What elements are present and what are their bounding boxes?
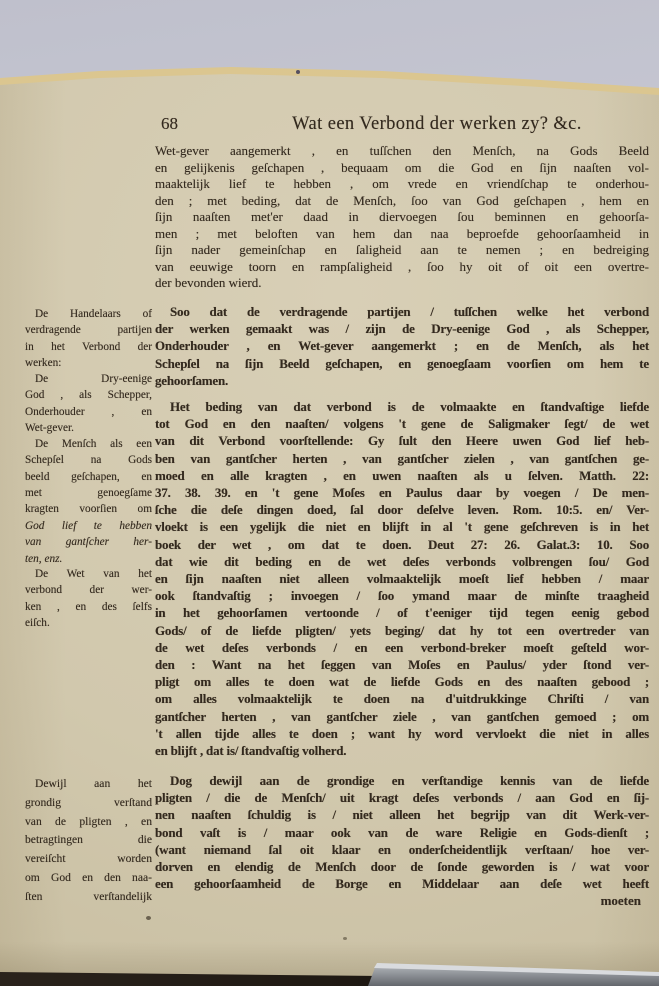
page-header: 68 Wat een Verbond der werken zy? &c.	[155, 114, 649, 135]
text-line: Wet-gever aangemerkt , en tuſſchen den M…	[155, 143, 649, 160]
text-line: men ; met beloften van hem dan naa bepro…	[155, 226, 649, 243]
text-line: ſten verſtandelijk	[25, 888, 152, 907]
text-line: den : Want na het ſeggen van Moſes en Pa…	[155, 656, 649, 673]
text-line: beeld geſchapen, en	[25, 469, 152, 485]
margin-note-man-as-creature-quote: God lief te hebbenvan gantſcher her-ten,…	[25, 518, 152, 567]
text-line: der bevonden wierd.	[155, 275, 649, 292]
text-line: verdragende partijen	[25, 322, 152, 338]
text-line: vloekt is een ygelijk die niet en blijft…	[155, 518, 649, 535]
text-line: grondig verſtand	[25, 794, 152, 813]
text-line: 37. 38. 39. en 't gene Moſes en Paulus d…	[155, 484, 649, 501]
margin-note-parties: De Handelaars ofverdragende partijenin h…	[25, 306, 152, 371]
text-line: van gantſcher her-	[25, 534, 152, 550]
text-line: den ; met beding, dat de Menſch, ſoo van…	[155, 193, 649, 210]
dust-speck	[343, 937, 347, 940]
text-line: en gelijkenis geſchapen , bequaam om die…	[155, 160, 649, 177]
text-line: verbond der wer-	[25, 582, 152, 598]
margin-note-man-as-creature: De Menſch als eenSchepſel na Godsbeeld g…	[25, 436, 152, 517]
text-line: pligten / die de Menſch/ uit kragt deſes…	[155, 789, 649, 806]
text-line: van de pligten , en	[25, 813, 152, 832]
text-line: bond vaſt is / maar ook van de ware Reli…	[155, 824, 649, 841]
text-line: God lief te hebben	[25, 518, 152, 534]
text-line: met genoegſame	[25, 485, 152, 501]
text-line: tot God en den naaſten/ volgens 't gene …	[155, 415, 649, 432]
body-paragraph-2: Soo dat de verdragende partijen / tuſſch…	[155, 303, 649, 389]
text-line: boek der wet , om dat te doen. Deut 27: …	[155, 536, 649, 553]
text-line: gantſcher herten , van gantſcher ziele ,…	[155, 708, 649, 725]
text-line: De Menſch als een	[25, 436, 152, 452]
text-line: (want niemand ſal oit klaar en onderſche…	[155, 841, 649, 858]
text-line: 't allen tijde alles te doen ; want hy w…	[155, 725, 649, 742]
body-paragraph-3: Het beding van dat verbond is de volmaak…	[155, 398, 649, 759]
running-title: Wat een Verbond der werken zy? &c.	[225, 114, 649, 135]
text-line: Onderhouder , en	[25, 404, 152, 420]
body-paragraph-1: Wet-gever aangemerkt , en tuſſchen den M…	[155, 143, 649, 292]
text-line: betragtingen die	[25, 831, 152, 850]
text-line: Gods/ of de liefde pligten/ yets beging/…	[155, 622, 649, 639]
margin-note-triune-god: De Dry-eenigeGod , als Schepper,Onderhou…	[25, 371, 152, 436]
text-line: in het Verbond der	[25, 339, 152, 355]
text-line: ook ſtandvaſtig ; invoegen / ſoo ymand m…	[155, 587, 649, 604]
text-line: Dog dewijl aan de grondige en verſtandig…	[155, 772, 649, 789]
text-line: maaktelijk lief te hebben , om vrede en …	[155, 176, 649, 193]
text-line: van dit Verbond voorſtellende: Gy ſult d…	[155, 432, 649, 449]
text-line: Onderhouder , en Wet-gever aangemerkt ; …	[155, 337, 649, 354]
text-line: nen naaſten ſchuldig is / niet alleen he…	[155, 806, 649, 823]
text-line: dorven en elendig de Menſch door de ſond…	[155, 858, 649, 875]
margin-note-understanding-duties: Dewijl aan hetgrondig verſtandvan de pli…	[25, 775, 152, 907]
text-line: om God en den naa-	[25, 869, 152, 888]
text-line: ſijn nader gemeinſchap en ſaligheid aan …	[155, 242, 649, 259]
text-line: ben van gantſcher herten , van gantſcher…	[155, 450, 649, 467]
text-line: ſche die deſe dingen doed, ſal door deſe…	[155, 501, 649, 518]
text-line: ſijn naaſten met'er daad in diervoegen ſ…	[155, 209, 649, 226]
text-line: de wet deſes verbonds / en een verbond-b…	[155, 639, 649, 656]
text-line: en blijft , dat is/ ſtandvaſtig volherd.	[155, 742, 649, 759]
catchword: moeten	[155, 893, 641, 909]
text-line: werken:	[25, 355, 152, 371]
text-line: moed en alle kragten , en uwen naaſten a…	[155, 467, 649, 484]
photo-background: 68 Wat een Verbond der werken zy? &c. We…	[0, 0, 659, 986]
text-line: Schepſel na Gods	[25, 452, 152, 468]
text-line: gehoorſamen.	[155, 372, 649, 389]
text-line: De Wet van het	[25, 566, 152, 582]
text-line: een gehoorſaamheid de Borge en Middelaar…	[155, 875, 649, 892]
text-line: en ſijn naaſten niet alleen volmaaktelij…	[155, 570, 649, 587]
text-line: kragten voorſien om	[25, 501, 152, 517]
margin-note-law-of-covenant: De Wet van hetverbond der wer-ken , en d…	[25, 566, 152, 631]
text-line: Dewijl aan het	[25, 775, 152, 794]
text-line: om alles volmaaktelijk te doen na d'uitd…	[155, 690, 649, 707]
text-line: Wet-gever.	[25, 420, 152, 436]
text-line: in het gehoorſamen vertoonde / of t'eeni…	[155, 604, 649, 621]
text-line: De Handelaars of	[25, 306, 152, 322]
text-line: De Dry-eenige	[25, 371, 152, 387]
text-line: eiſch.	[25, 615, 152, 631]
text-line: Schepſel na ſijn Beeld geſchapen, en gen…	[155, 355, 649, 372]
text-line: God , als Schepper,	[25, 387, 152, 403]
dust-speck	[296, 70, 300, 74]
text-line: pligt om alles te doen wat de liefde God…	[155, 673, 649, 690]
text-line: dat wie dit beding en de wet deſes verbo…	[155, 553, 649, 570]
text-line: vereiſcht worden	[25, 850, 152, 869]
dust-speck	[146, 916, 151, 920]
text-line: van eeuwige toorn en rampſaligheid , ſoo…	[155, 259, 649, 276]
text-line: der werken gemaakt was / zijn de Dry-een…	[155, 320, 649, 337]
text-line: Soo dat de verdragende partijen / tuſſch…	[155, 303, 649, 320]
text-line: Het beding van dat verbond is de volmaak…	[155, 398, 649, 415]
body-paragraph-4: Dog dewijl aan de grondige en verſtandig…	[155, 772, 649, 892]
text-line: ken , en des ſelfs	[25, 599, 152, 615]
page-number: 68	[155, 114, 225, 134]
text-line: ten, enz.	[25, 551, 152, 567]
